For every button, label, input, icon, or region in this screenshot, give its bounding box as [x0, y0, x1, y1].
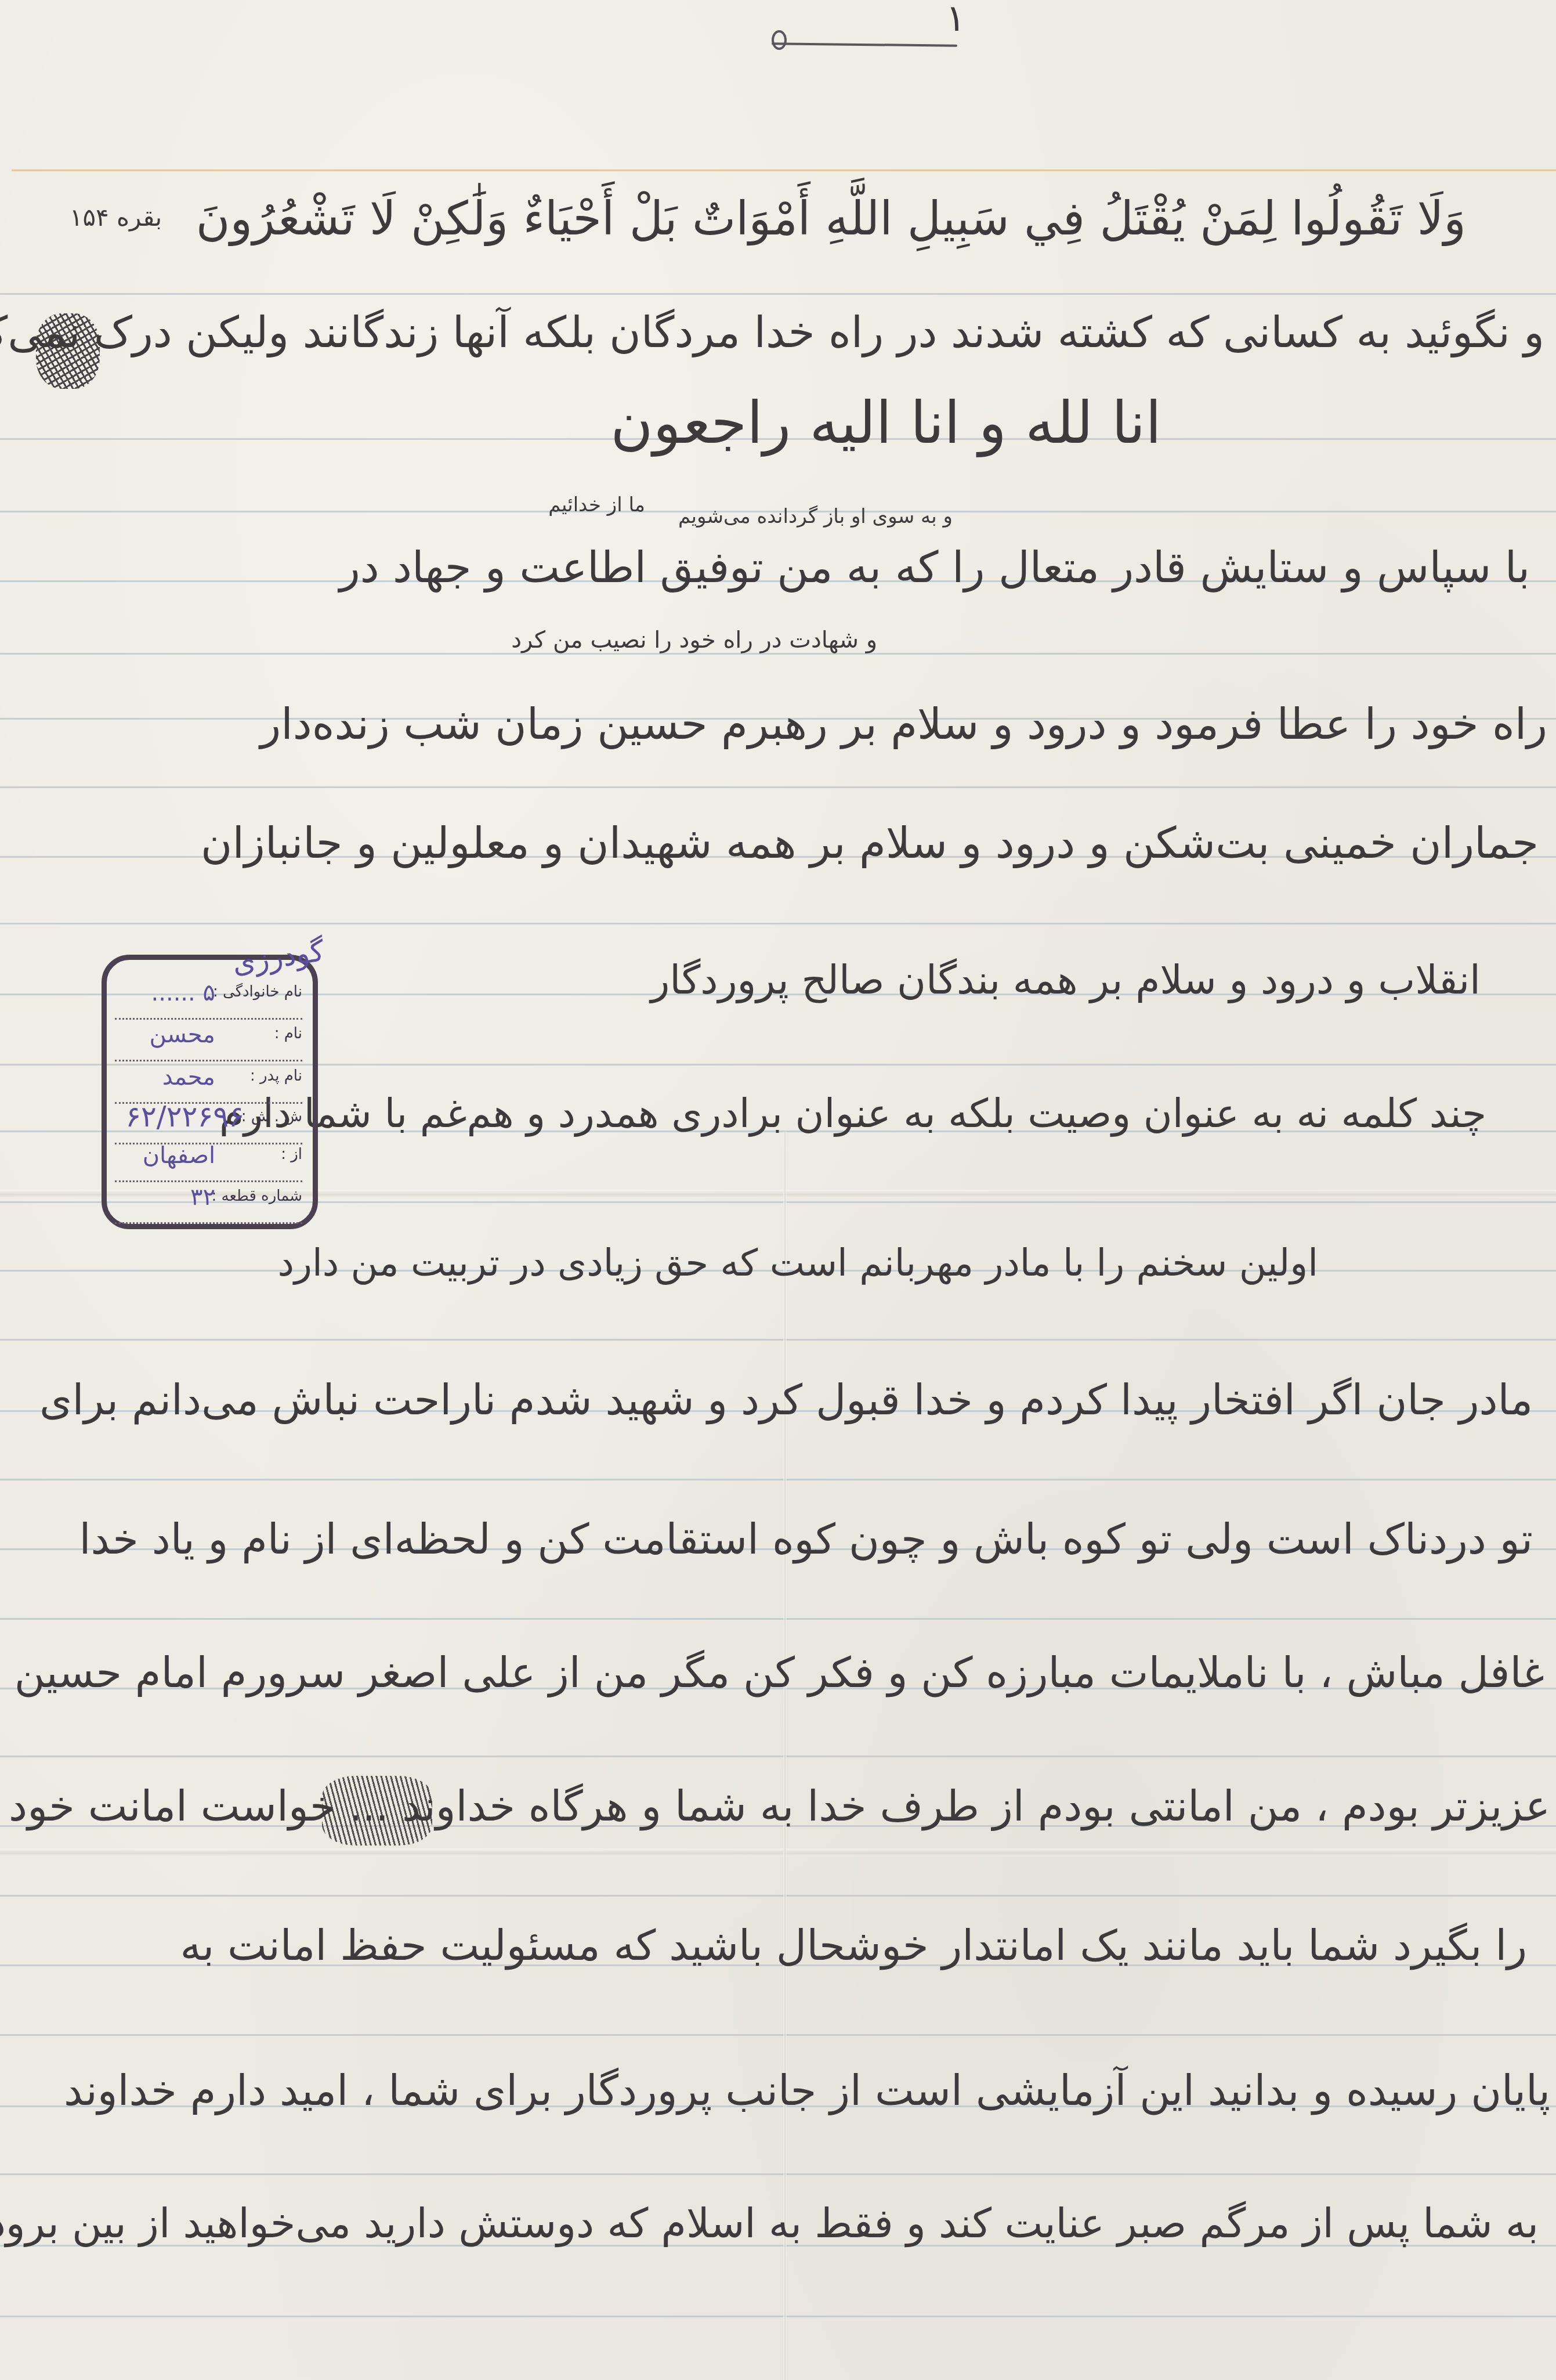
stamp-value: ۳۲ [190, 1184, 215, 1211]
stamp-field-plot-number: شماره قطعه : ۳۲ [115, 1187, 302, 1224]
ruled-line [0, 1479, 1556, 1480]
letter-line: پایان رسیده و بدانید این آزمایشی است از … [64, 2066, 1550, 2115]
letter-line: غافل مباش ، با ناملایمات مبارزه کن و فکر… [0, 1648, 1544, 1697]
letter-line: تو دردناک است ولی تو کوه باش و چون کوه ا… [79, 1515, 1533, 1563]
ruled-line [0, 1756, 1556, 1757]
ruled-line [0, 1618, 1556, 1620]
quran-verse: وَلَا تَقُولُوا لِمَنْ يُقْتَلُ فِي سَبِ… [196, 192, 1466, 245]
stamp-label: نام : [274, 1025, 302, 1042]
stamp-value: محسن [150, 1021, 215, 1048]
ruled-line [0, 786, 1556, 788]
stamp-label: نام پدر : [250, 1067, 302, 1085]
stamp-field-city: از : اصفهان [115, 1146, 302, 1182]
letter-line: را بگیرد شما باید مانند یک امانتدار خوشح… [180, 1921, 1527, 1970]
ruled-line [0, 2034, 1556, 2036]
inna-lillah-heading: انا لله و انا الیه راجعون [610, 389, 1161, 457]
letter-line: مادر جان اگر افتخار پیدا کردم و خدا قبول… [39, 1375, 1533, 1424]
letter-line: به شما پس از مرگم صبر عنایت کند و فقط به… [0, 2200, 1539, 2247]
stamp-field-father-name: نام پدر : محمد [115, 1067, 302, 1104]
ruled-line [0, 923, 1556, 924]
page-marker-loop [772, 30, 787, 50]
stamp-value: محمد [162, 1064, 215, 1090]
letter-line: عزیزتر بودم ، من امانتی بودم از طرف خدا … [9, 1782, 1550, 1830]
stamp-field-family-name: نام خانوادگی : ۵ ...... [115, 983, 302, 1020]
stamp-label: ش . ش : [241, 1108, 302, 1125]
ruled-line [0, 1895, 1556, 1897]
ruled-line [0, 2173, 1556, 2175]
ruled-line [0, 1339, 1556, 1341]
top-margin-line [12, 169, 1556, 171]
stamp-field-id-number: ش . ش : ۶۲/۲۲۶۹۶ [115, 1108, 302, 1144]
page-number-underline [772, 42, 957, 46]
paper-fold-crease [0, 1848, 1556, 1857]
annotation-we-are-from-god: ما از خدائیم [548, 493, 645, 517]
verse-reference: بقره ۱۵۴ [70, 203, 162, 232]
paper-vertical-crease [783, 1132, 787, 2380]
stamp-label: شماره قطعه : [212, 1187, 302, 1205]
page-number-digit: ۱ [946, 0, 965, 40]
identity-stamp: نام خانوادگی : ۵ ...... نام : محسن نام پ… [102, 955, 318, 1229]
ruled-line [0, 293, 1556, 295]
page-number: ۱ [772, 0, 1004, 58]
annotation-return-to-him: و به سوی او باز گردانده می‌شویم [678, 505, 953, 528]
letter-line: با سپاس و ستایش قادر متعال را که به من ت… [339, 543, 1530, 593]
stamp-value: ۵ ...... [151, 980, 216, 1006]
verse-translation: و نگوئید به کسانی که کشته شدند در راه خد… [0, 308, 1544, 357]
stamp-value: ۶۲/۲۲۶۹۶ [125, 1100, 244, 1133]
stamp-field-name: نام : محسن [115, 1025, 302, 1061]
letter-line: جماران خمینی بت‌شکن و درود و سلام بر همه… [201, 818, 1539, 868]
stamp-value: اصفهان [143, 1142, 215, 1169]
annotation-martyrdom: و شهادت در راه خود را نصیب من کرد [511, 627, 877, 653]
letter-line: انقلاب و درود و سلام بر همه بندگان صالح … [650, 958, 1481, 1003]
letter-line: راه خود را عطا فرمود و درود و سلام بر ره… [260, 699, 1547, 749]
stamp-label: از : [281, 1146, 302, 1163]
stamp-label: نام خانوادگی : [213, 983, 302, 1001]
letter-line: اولین سخنم را با مادر مهربانم است که حق … [278, 1242, 1319, 1285]
letter-line: چند کلمه نه به عنوان وصیت بلکه به عنوان … [219, 1091, 1486, 1137]
ruled-line [0, 2316, 1556, 2317]
